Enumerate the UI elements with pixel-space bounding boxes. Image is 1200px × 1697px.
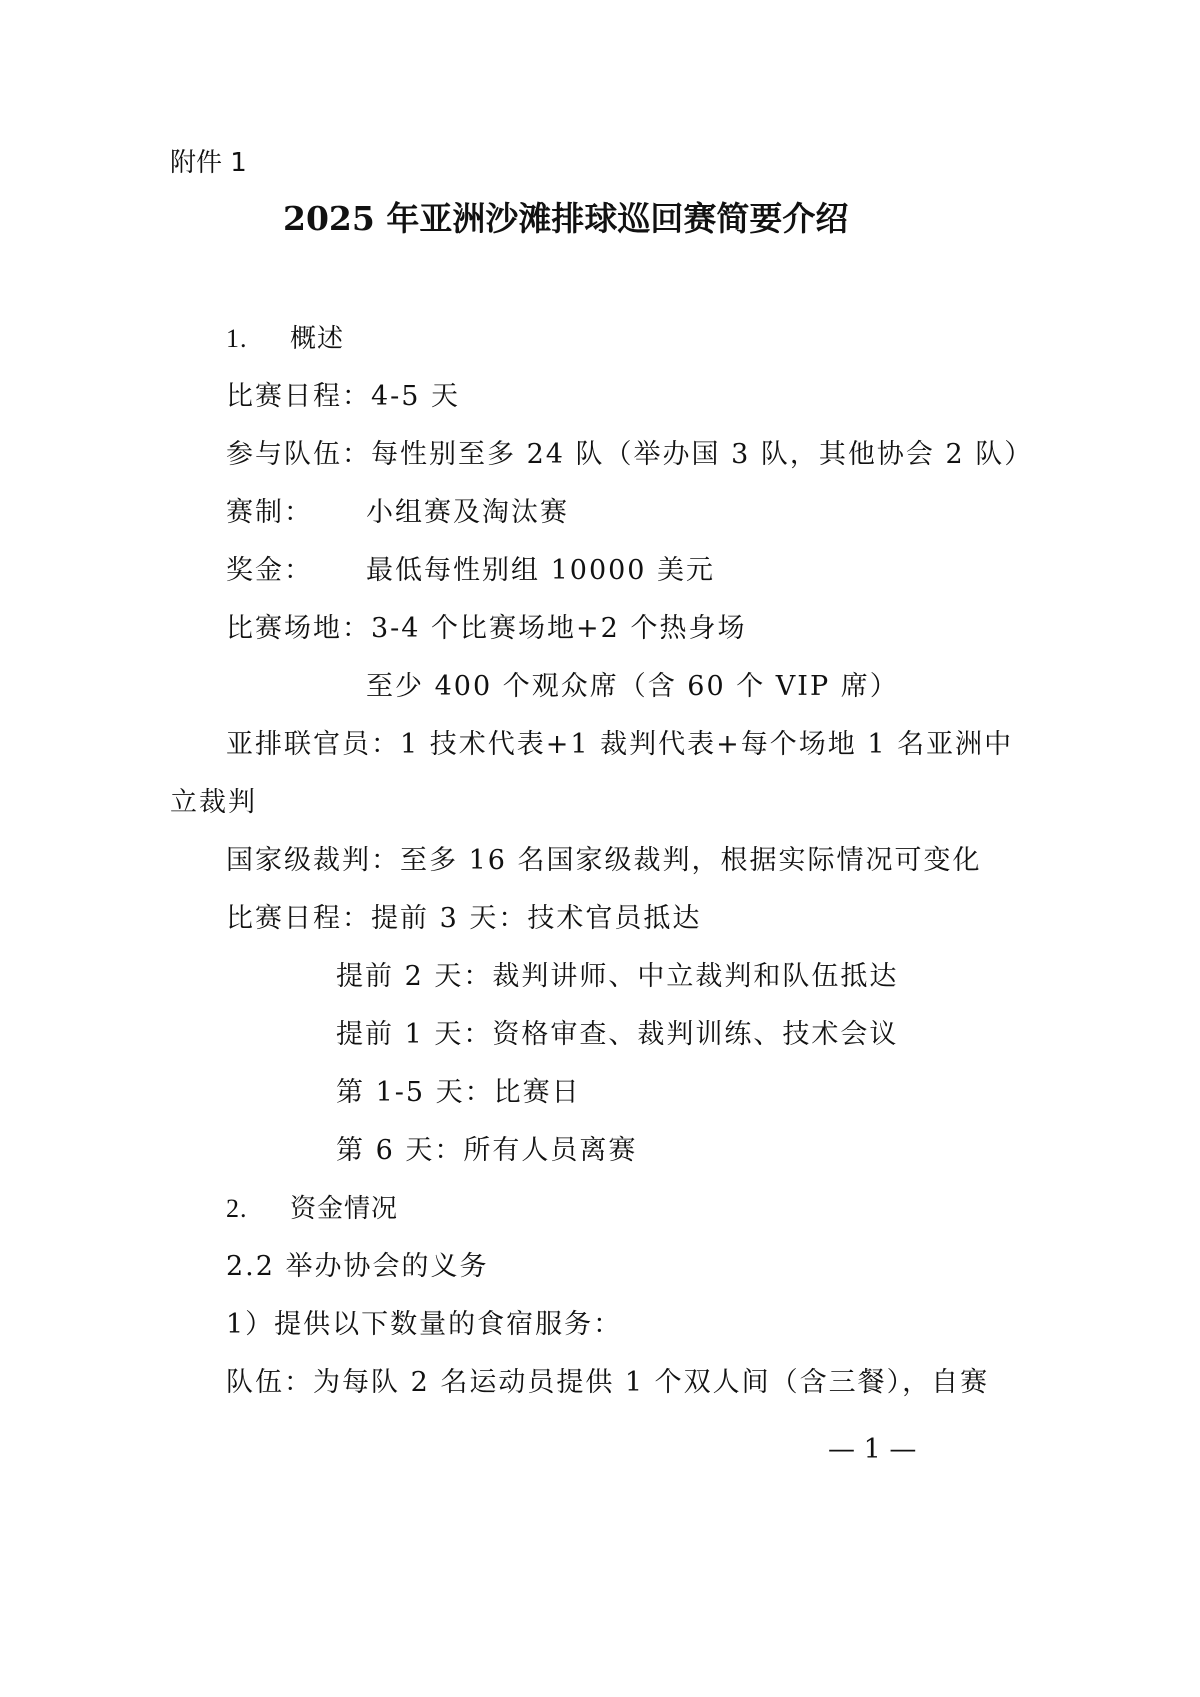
attachment-label: 附件 1 <box>170 146 247 180</box>
schedule-item: 第 6 天：所有人员离赛 <box>336 1134 637 1168</box>
row-value: 最低每性别组 10000 美元 <box>366 555 715 586</box>
schedule-item: 提前 2 天：裁判讲师、中立裁判和队伍抵达 <box>336 960 898 994</box>
page-number: — 1 — <box>828 1434 916 1465</box>
document-title: 2025 年亚洲沙滩排球巡回赛简要介绍 <box>283 202 848 236</box>
row-label: 参与队伍： <box>226 438 371 472</box>
row-label: 亚排联官员： <box>226 728 400 762</box>
section-number: 2. <box>226 1192 290 1226</box>
teams-accommodation-line: 队伍：为每队 2 名运动员提供 1 个双人间（含三餐），自赛 <box>226 1366 989 1400</box>
info-row-seating: 至少 400 个观众席（含 60 个 VIP 席） <box>366 670 899 704</box>
row-label: 奖金： <box>226 554 366 588</box>
info-row-teams: 参与队伍：每性别至多 24 队（举办国 3 队，其他协会 2 队） <box>226 438 1033 472</box>
schedule-item: 提前 1 天：资格审查、裁判训练、技术会议 <box>336 1018 898 1052</box>
info-row-national-referees: 国家级裁判：至多 16 名国家级裁判，根据实际情况可变化 <box>226 844 982 878</box>
info-row-venue: 比赛场地：3-4 个比赛场地+2 个热身场 <box>226 612 746 646</box>
obligation-item: 1）提供以下数量的食宿服务： <box>226 1308 622 1342</box>
subsection-heading: 2.2 举办协会的义务 <box>226 1250 489 1284</box>
info-row-format: 赛制：小组赛及淘汰赛 <box>226 496 569 530</box>
row-label: 比赛日程： <box>226 902 371 936</box>
row-label: 比赛日程： <box>226 380 371 414</box>
row-value: 每性别至多 24 队（举办国 3 队，其他协会 2 队） <box>371 439 1033 470</box>
section-number: 1. <box>226 322 290 356</box>
row-label: 国家级裁判： <box>226 844 400 878</box>
info-row-duration: 比赛日程：4-5 天 <box>226 380 460 414</box>
info-row-schedule: 比赛日程：提前 3 天：技术官员抵达 <box>226 902 701 936</box>
row-value: 小组赛及淘汰赛 <box>366 497 569 528</box>
info-row-officials: 亚排联官员：1 技术代表+1 裁判代表+每个场地 1 名亚洲中 <box>226 728 1013 762</box>
section-2-heading: 2.资金情况 <box>226 1192 398 1226</box>
row-value: 3-4 个比赛场地+2 个热身场 <box>371 613 746 644</box>
section-1-heading: 1.概述 <box>226 322 344 356</box>
row-value: 至多 16 名国家级裁判，根据实际情况可变化 <box>400 845 982 876</box>
schedule-item: 第 1-5 天：比赛日 <box>336 1076 581 1110</box>
section-title: 概述 <box>290 324 344 354</box>
row-label: 比赛场地： <box>226 612 371 646</box>
info-row-officials-cont: 立裁判 <box>170 786 257 820</box>
info-row-prize: 奖金：最低每性别组 10000 美元 <box>226 554 715 588</box>
row-label: 赛制： <box>226 496 366 530</box>
row-value: 提前 3 天：技术官员抵达 <box>371 903 701 934</box>
row-value: 1 技术代表+1 裁判代表+每个场地 1 名亚洲中 <box>400 729 1013 760</box>
section-title: 资金情况 <box>290 1194 398 1224</box>
row-value: 4-5 天 <box>371 381 460 412</box>
